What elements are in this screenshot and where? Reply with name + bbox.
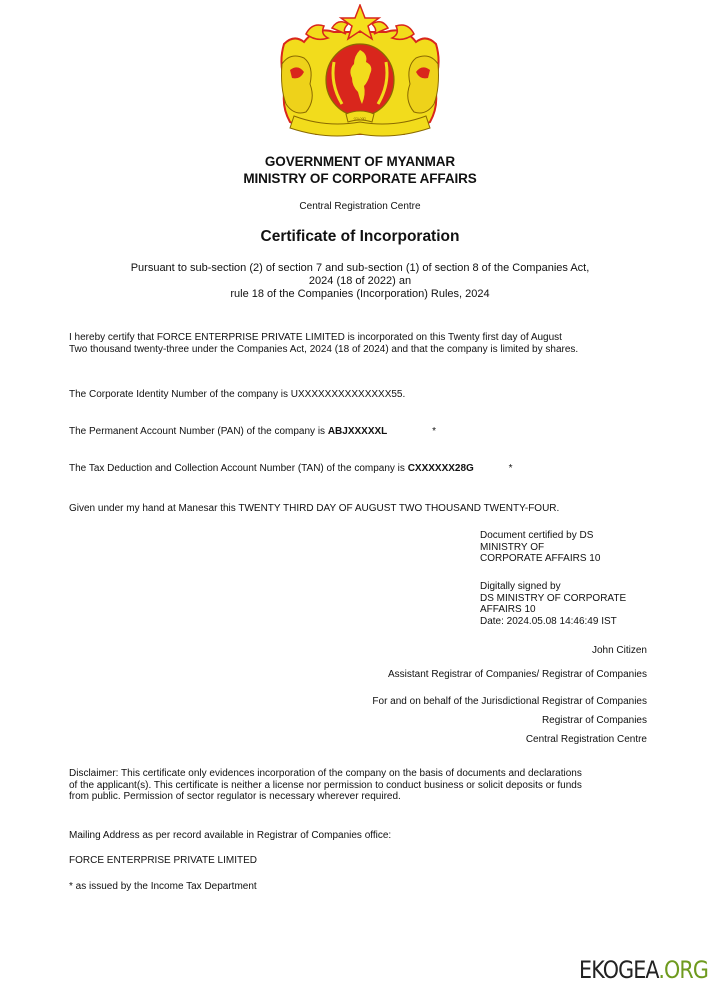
footnote: * as issued by the Income Tax Department [69, 881, 257, 893]
watermark-main: EKOGEA [579, 956, 658, 984]
digital-sign-line-1: Digitally signed by [480, 581, 626, 593]
signatory-name: John Citizen [592, 645, 647, 656]
pursuant-line-2: 2024 (18 of 2022) an [0, 275, 720, 288]
government-name: GOVERNMENT OF MYANMAR [0, 153, 720, 170]
digital-sign-line-3: AFFAIRS 10 [480, 604, 626, 616]
certificate-title: Certificate of Incorporation [0, 228, 720, 246]
certify-line-2: Two thousand twenty-three under the Comp… [69, 344, 578, 356]
ministry-name: MINISTRY OF CORPORATE AFFAIRS [0, 170, 720, 187]
tan-footnote-mark: * [509, 463, 513, 475]
signatory-office-1: Registrar of Companies [542, 715, 647, 726]
disclaimer-line-1: Disclaimer: This certificate only eviden… [69, 768, 582, 780]
tan-value: CXXXXXX28G [408, 463, 474, 474]
document-certified-by: Document certified by DS MINISTRY OF COR… [480, 530, 600, 565]
cin-statement: The Corporate Identity Number of the com… [69, 389, 405, 401]
tan-statement: The Tax Deduction and Collection Account… [69, 463, 513, 475]
signatory-office-2: Central Registration Centre [526, 734, 647, 745]
pursuant-clause: Pursuant to sub-section (2) of section 7… [0, 262, 720, 301]
certify-line-1: I hereby certify that FORCE ENTERPRISE P… [69, 332, 578, 344]
mailing-address-label: Mailing Address as per record available … [69, 830, 391, 842]
government-heading: GOVERNMENT OF MYANMAR MINISTRY OF CORPOR… [0, 153, 720, 187]
certify-statement: I hereby certify that FORCE ENTERPRISE P… [69, 332, 578, 355]
digital-sign-line-2: DS MINISTRY OF CORPORATE [480, 593, 626, 605]
certified-line-2: MINISTRY OF [480, 542, 600, 554]
tan-label: The Tax Deduction and Collection Account… [69, 463, 408, 474]
pan-statement: The Permanent Account Number (PAN) of th… [69, 426, 436, 438]
given-statement: Given under my hand at Manesar this TWEN… [69, 503, 559, 515]
certified-line-3: CORPORATE AFFAIRS 10 [480, 553, 600, 565]
svg-text:ꩡꩢꩣ: ꩡꩢꩣ [354, 116, 367, 122]
digital-sign-date: Date: 2024.05.08 14:46:49 IST [480, 616, 626, 628]
disclaimer: Disclaimer: This certificate only eviden… [69, 768, 582, 803]
state-seal-emblem-icon: ꩡꩢꩣ [276, 4, 444, 140]
disclaimer-line-2: of the applicant(s). This certificate is… [69, 780, 582, 792]
pan-label: The Permanent Account Number (PAN) of th… [69, 426, 328, 437]
ekogea-watermark-logo: EKOGEA.ORG [579, 956, 708, 984]
mailing-address-company: FORCE ENTERPRISE PRIVATE LIMITED [69, 855, 257, 867]
pursuant-line-3: rule 18 of the Companies (Incorporation)… [0, 288, 720, 301]
pan-footnote-mark: * [432, 426, 436, 438]
digital-signature: Digitally signed by DS MINISTRY OF CORPO… [480, 581, 626, 627]
pan-value: ABJXXXXXL [328, 426, 387, 437]
certified-line-1: Document certified by DS [480, 530, 600, 542]
pursuant-line-1: Pursuant to sub-section (2) of section 7… [0, 262, 720, 275]
signatory-behalf: For and on behalf of the Jurisdictional … [372, 696, 647, 707]
office-name: Central Registration Centre [0, 201, 720, 212]
signatory-designation: Assistant Registrar of Companies/ Regist… [388, 669, 647, 680]
disclaimer-line-3: from public. Permission of sector regula… [69, 791, 582, 803]
watermark-suffix: .ORG [658, 956, 708, 984]
